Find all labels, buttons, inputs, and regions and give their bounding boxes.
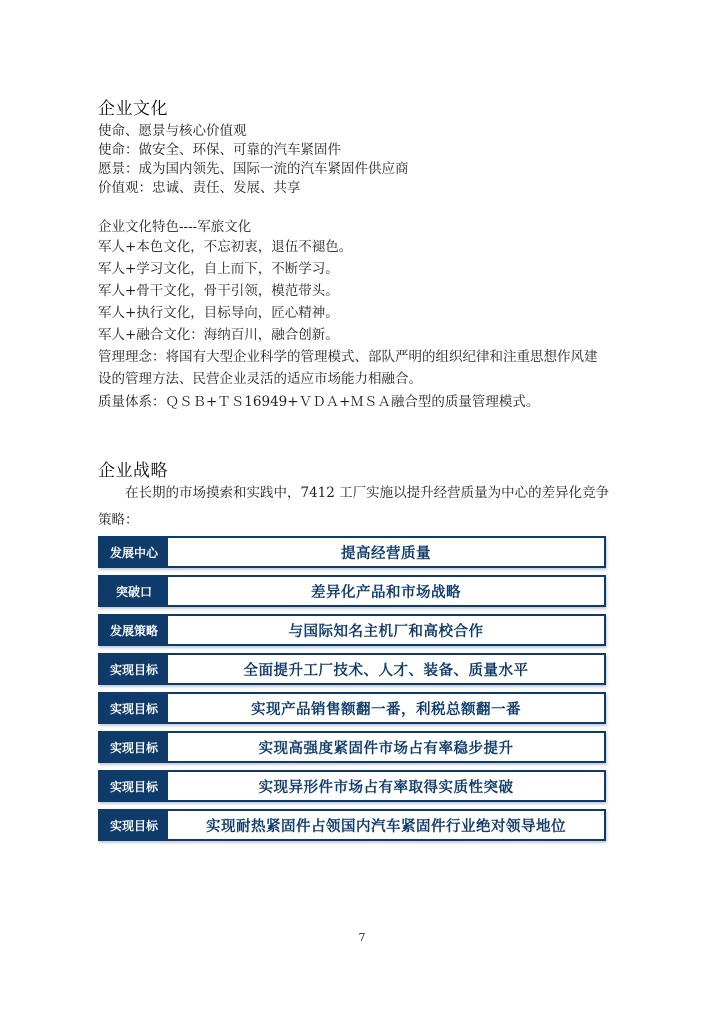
strategy-row: 实现目标 实现异形件市场占有率取得实质性突破: [98, 770, 606, 802]
values-line: 价值观：忠诚、责任、发展、共享: [98, 179, 301, 198]
feature-line: 军人+执行文化，目标导向，匠心精神。: [98, 304, 339, 323]
document-page: 企业文化 使命、愿景与核心价值观 使命：做安全、环保、可靠的汽车紧固件 愿景：成…: [0, 0, 724, 1024]
row-value: 提高经营质量: [168, 538, 604, 566]
row-value: 实现耐热紧固件占领国内汽车紧固件行业绝对领导地位: [168, 811, 604, 839]
feature-line: 军人+学习文化，自上而下，不断学习。: [98, 260, 339, 279]
row-label: 实现目标: [100, 811, 168, 839]
row-value: 差异化产品和市场战略: [168, 577, 604, 605]
strategy-row: 实现目标 实现产品销售额翻一番，利税总额翻一番: [98, 692, 606, 724]
strategy-row: 发展策略 与国际知名主机厂和高校合作: [98, 614, 606, 646]
feature-line: 军人+融合文化：海纳百川，融合创新。: [98, 326, 339, 345]
row-value: 全面提升工厂技术、人才、装备、质量水平: [168, 655, 604, 683]
management-line-1: 管理理念：将国有大型企业科学的管理模式、部队严明的组织纪律和注重思想作风建: [98, 348, 598, 367]
strategy-row: 实现目标 全面提升工厂技术、人才、装备、质量水平: [98, 653, 606, 685]
row-label: 实现目标: [100, 772, 168, 800]
culture-line: 使命、愿景与核心价值观: [98, 122, 247, 141]
quality-line: 质量体系：ＱＳＢ+ＴＳ16949+ＶＤＡ+ＭＳＡ融合型的质量管理模式。: [98, 393, 539, 412]
management-line-2: 设的管理方法、民营企业灵活的适应市场能力相融合。: [98, 370, 422, 389]
row-value: 实现高强度紧固件市场占有率稳步提升: [168, 733, 604, 761]
row-label: 发展中心: [100, 538, 168, 566]
page-number: 7: [0, 931, 724, 944]
strategy-intro-line-2: 策略：: [98, 511, 139, 530]
strategy-diagram: 发展中心 提高经营质量 突破口 差异化产品和市场战略 发展策略 与国际知名主机厂…: [98, 536, 606, 848]
row-label: 发展策略: [100, 616, 168, 644]
strategy-row: 实现目标 实现耐热紧固件占领国内汽车紧固件行业绝对领导地位: [98, 809, 606, 841]
feature-title: 企业文化特色----军旅文化: [98, 218, 251, 237]
culture-heading: 企业文化: [98, 94, 168, 119]
vision-line: 愿景：成为国内领先、国际一流的汽车紧固件供应商: [98, 160, 409, 179]
row-value: 实现异形件市场占有率取得实质性突破: [168, 772, 604, 800]
strategy-heading: 企业战略: [98, 456, 168, 481]
strategy-intro-line-1: 在长期的市场摸索和实践中，7412 工厂实施以提升经营质量为中心的差异化竞争: [98, 484, 609, 503]
row-value: 与国际知名主机厂和高校合作: [168, 616, 604, 644]
feature-line: 军人+骨干文化，骨干引领，模范带头。: [98, 282, 339, 301]
row-label: 实现目标: [100, 733, 168, 761]
row-label: 实现目标: [100, 694, 168, 722]
strategy-row: 突破口 差异化产品和市场战略: [98, 575, 606, 607]
strategy-row: 实现目标 实现高强度紧固件市场占有率稳步提升: [98, 731, 606, 763]
strategy-row: 发展中心 提高经营质量: [98, 536, 606, 568]
feature-line: 军人+本色文化，不忘初衷，退伍不褪色。: [98, 238, 352, 257]
mission-line: 使命：做安全、环保、可靠的汽车紧固件: [98, 141, 341, 160]
row-value: 实现产品销售额翻一番，利税总额翻一番: [168, 694, 604, 722]
row-label: 突破口: [100, 577, 168, 605]
row-label: 实现目标: [100, 655, 168, 683]
